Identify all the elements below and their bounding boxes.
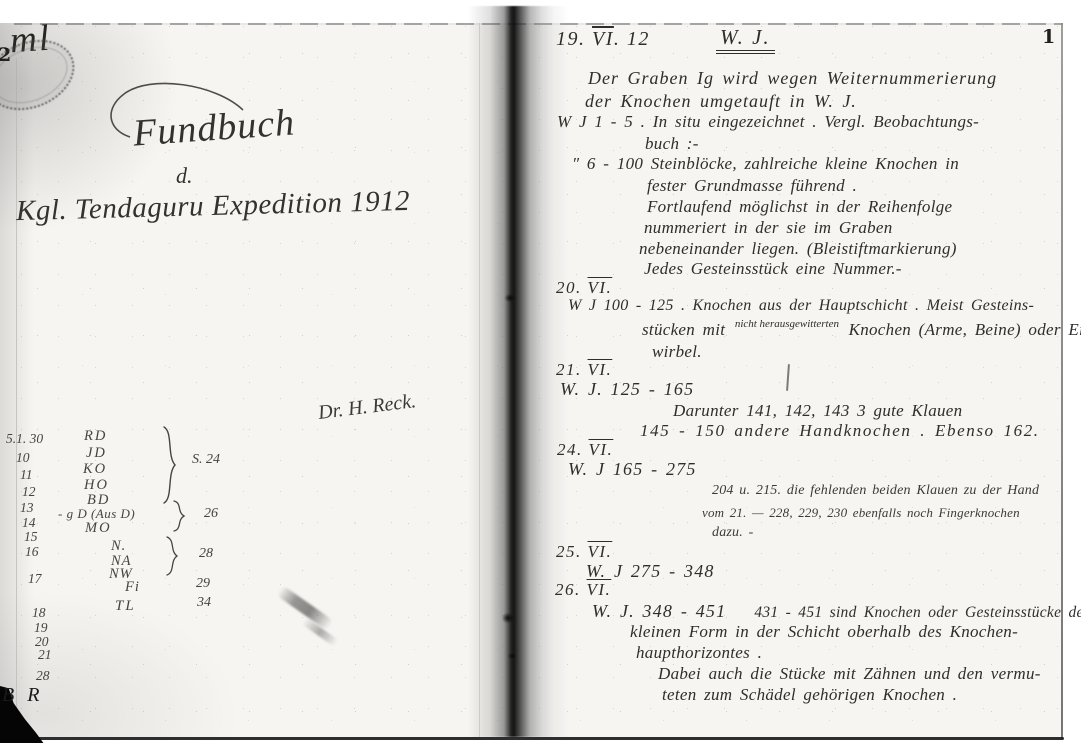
specimen-code: JD <box>86 445 107 462</box>
date-month: VI. <box>588 278 613 297</box>
entry-line: 145 - 150 andere Handknochen . Ebenso 16… <box>640 421 1040 441</box>
entry-subline: 204 u. 215. die fehlenden beiden Klauen … <box>712 483 1039 499</box>
margin-number: 28 <box>36 668 50 684</box>
page-right-edge <box>1061 23 1063 739</box>
entry-range: W. J 275 - 348 <box>586 561 715 582</box>
entry-subline: vom 21. — 228, 229, 230 ebenfalls noch F… <box>702 505 1020 521</box>
entry-line: der Knochen umgetauft in W. J. <box>585 91 857 112</box>
edge-note: B R <box>2 684 43 707</box>
entry-line: Darunter 141, 142, 143 3 gute Klauen <box>673 401 962 421</box>
entry-date: 20. VI. <box>556 278 612 298</box>
entry-line: Fortlaufend möglichst in der Reihenfolge <box>647 197 952 217</box>
inserted-note: nicht herausgewitterten <box>735 318 839 330</box>
date-month: VI. <box>589 440 614 459</box>
entry-range: W. J. 348 - 451 <box>592 601 726 621</box>
margin-number: 15 <box>24 529 38 545</box>
notebook-scan: 2 ml Fundbuch d. Kgl. Tendaguru Expediti… <box>0 0 1081 743</box>
entry-date: 25. VI. <box>556 542 612 562</box>
folio-number: 1 <box>1042 26 1055 48</box>
page-ref: 26 <box>204 506 218 522</box>
date-day: 19. <box>556 28 586 50</box>
margin-number: 10 <box>16 450 30 466</box>
margin-number: 21 <box>38 647 52 663</box>
entry-line: W J 100 - 125 . Knochen aus der Hauptsch… <box>568 297 1034 315</box>
margin-number: 5.1. 30 <box>6 431 43 447</box>
left-crease-line <box>16 58 17 718</box>
entry-line: nummeriert in der sie im Graben <box>644 218 893 238</box>
entry-line: haupthorizontes . <box>636 643 762 663</box>
date-day: 26. <box>555 580 581 599</box>
entry-line: kleinen Form in der Schicht oberhalb des… <box>630 622 1018 642</box>
margin-number: 17 <box>28 571 42 587</box>
specimen-code: TL <box>115 598 136 615</box>
entry-line: wirbel. <box>652 342 702 362</box>
brace-icon <box>172 500 187 532</box>
entry-line: W J 1 - 5 . In situ eingezeichnet . Verg… <box>557 112 979 132</box>
entry-line: fester Grundmasse führend . <box>647 176 857 196</box>
entry-line: nebeneinander liegen. (Bleistiftmarkieru… <box>639 239 957 259</box>
date-year: . 12 <box>614 28 650 50</box>
heading-date: 19. VI. 12 <box>556 28 650 51</box>
entry-line: Jedes Gesteinsstück eine Nummer.- <box>644 259 902 279</box>
specimen-code: MO <box>85 520 112 537</box>
entry-date: 21. VI. <box>556 360 612 380</box>
margin-number: 12 <box>22 484 36 500</box>
date-month: VI. <box>588 542 613 561</box>
specimen-code: Fi <box>125 579 140 596</box>
entry-range: W. J 165 - 275 <box>568 459 697 480</box>
entry-text: Knochen (Arme, Beine) oder Einzel- <box>849 320 1081 339</box>
entry-line: stücken mit nicht herausgewitterten Knoc… <box>642 320 1081 340</box>
date-month: VI. <box>588 360 613 379</box>
page-ref: 29 <box>196 576 210 592</box>
date-day: 24. <box>557 440 583 459</box>
entry-line: Der Graben Ig wird wegen Weiternummerier… <box>588 68 997 89</box>
date-day: 25. <box>556 542 582 561</box>
page-title-text: W. J. <box>716 25 775 54</box>
page-ref: S. 24 <box>192 452 220 468</box>
margin-number: 13 <box>20 500 34 516</box>
entry-line: W. J. 348 - 451 431 - 451 sind Knochen o… <box>592 601 1081 622</box>
entry-line: ″ 6 - 100 Steinblöcke, zahlreiche kleine… <box>572 154 959 174</box>
specimen-code: RD <box>84 428 107 445</box>
margin-number: 16 <box>25 544 39 560</box>
page-ref: 28 <box>199 546 213 562</box>
date-month: VI. <box>587 580 612 599</box>
entry-range: W. J. 125 - 165 <box>560 379 694 400</box>
date-month: VI <box>592 28 614 50</box>
page-title: W. J. <box>716 25 775 50</box>
binding-gutter-shadow <box>468 6 568 737</box>
entry-line: buch :- <box>645 134 699 154</box>
page-ref: 34 <box>197 595 211 611</box>
date-day: 21. <box>556 360 582 379</box>
entry-date: 26. VI. <box>555 580 611 600</box>
date-day: 20. <box>556 278 582 297</box>
entry-line: teten zum Schädel gehörigen Knochen . <box>662 685 957 705</box>
entry-subline: dazu. - <box>712 525 754 541</box>
entry-text: 431 - 451 sind Knochen oder Gesteinsstüc… <box>754 604 1081 621</box>
entry-date: 24. VI. <box>557 440 613 460</box>
margin-number: 11 <box>20 467 33 483</box>
title-connector: d. <box>176 163 193 189</box>
entry-line: Dabei auch die Stücke mit Zähnen und den… <box>658 664 1041 684</box>
brace-icon <box>165 536 180 576</box>
brace-icon <box>162 426 178 504</box>
scan-bottom-edge <box>28 737 1064 740</box>
margin-number: 18 <box>32 605 46 621</box>
specimen-code: KO <box>83 461 107 478</box>
entry-text: stücken mit <box>642 320 725 339</box>
